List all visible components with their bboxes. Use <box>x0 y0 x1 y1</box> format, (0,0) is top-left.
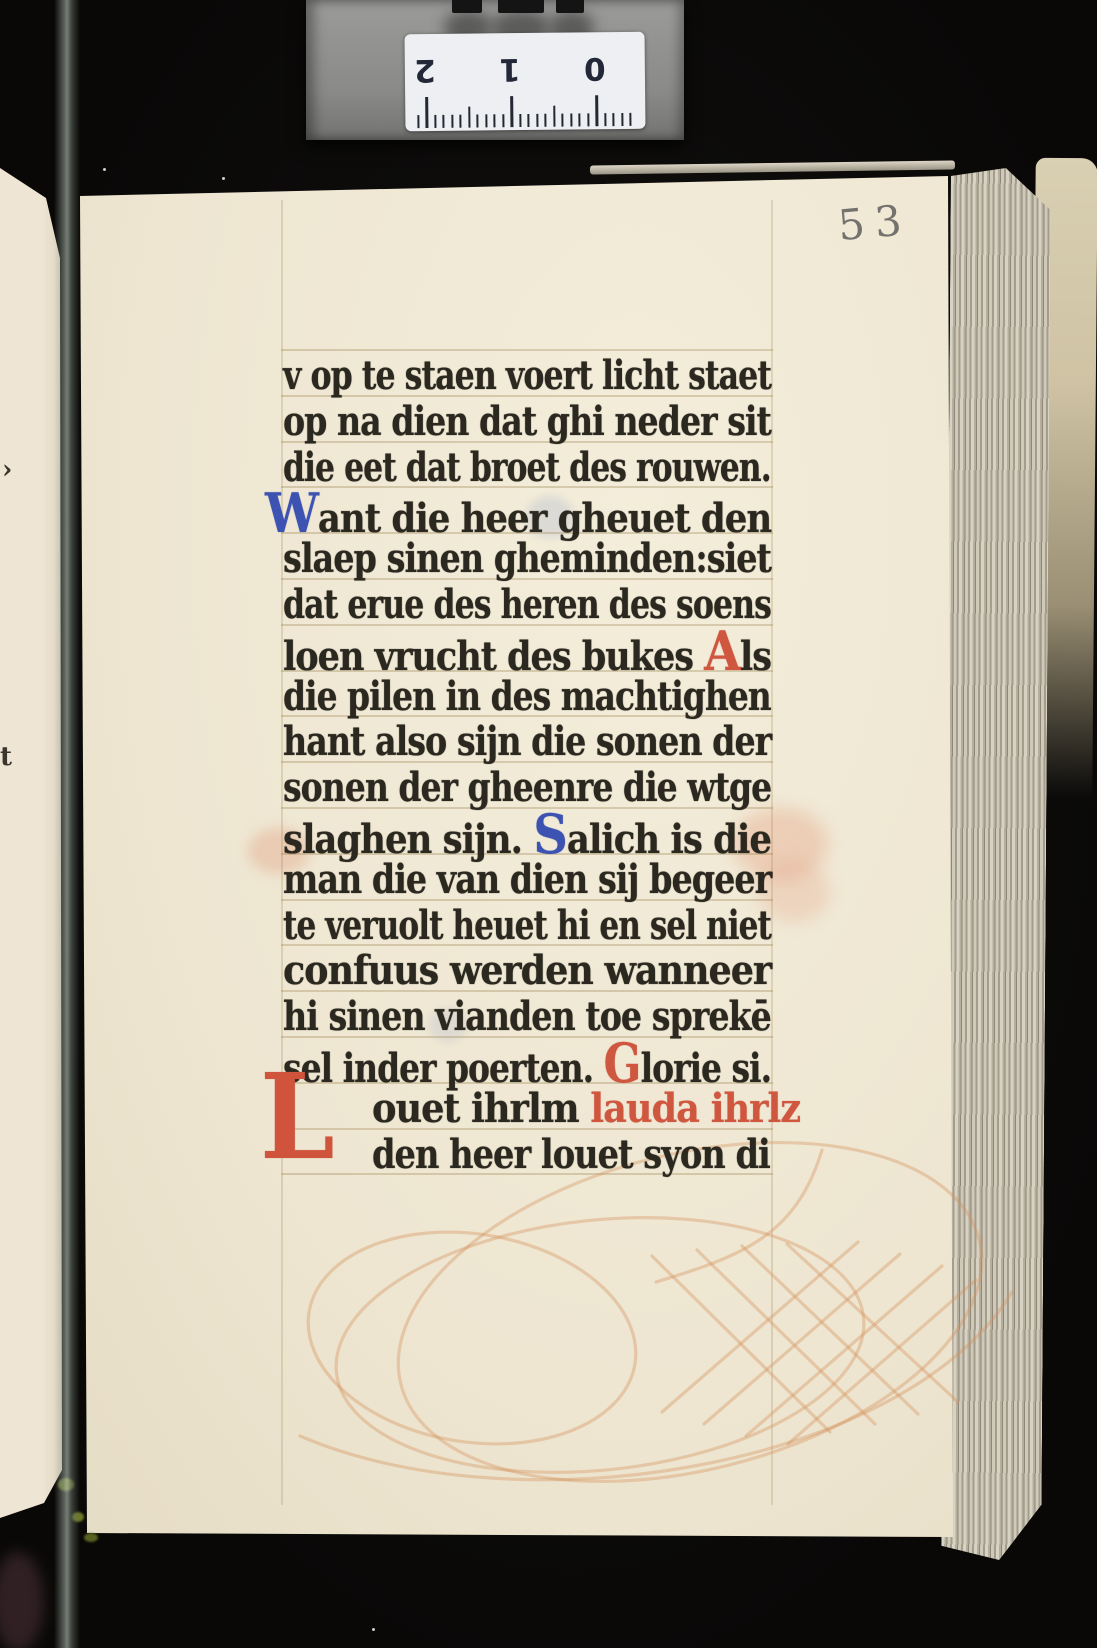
text-line: hi sinen vianden toe sprekē <box>283 993 771 1041</box>
dust-speck <box>222 177 225 180</box>
ruler-tick <box>459 115 461 128</box>
text-line: op na dien dat ghi neder sit <box>283 398 771 446</box>
text-segment: v op te staen voert licht staet <box>283 352 771 399</box>
text-segment: den heer louet syon di <box>372 1131 770 1178</box>
facing-page-ink-mark: › <box>2 455 12 485</box>
glass-plate-edge <box>54 0 80 1648</box>
ruler-tick <box>595 95 598 126</box>
scale-ruler: 2 1 0 <box>404 32 645 132</box>
text-line: Want die heer gheuet den <box>265 489 771 537</box>
ruler-tick <box>561 114 563 127</box>
ruler-tick <box>468 107 470 128</box>
text-segment: man die van dien sij begeer <box>283 856 771 903</box>
text-line: die pilen in des machtighen <box>283 673 771 721</box>
text-line: man die van dien sij begeer <box>283 856 771 904</box>
large-initial-L: L <box>260 1058 335 1176</box>
dust-speck <box>372 1628 375 1631</box>
ruler-number-0: 0 <box>580 50 610 86</box>
text-segment: ouet ihrlm <box>372 1085 590 1132</box>
text-segment: die eet dat broet des rouwen. <box>283 444 771 491</box>
text-line: ouet ihrlm lauda ihrlz <box>372 1085 800 1133</box>
text-line: sonen der gheenre die wtge <box>283 764 771 812</box>
ruler-tick <box>629 113 631 126</box>
ruler-ticks <box>404 32 644 35</box>
page-top-edges <box>590 160 955 174</box>
text-segment: dat erue des heren des soens <box>283 581 771 628</box>
ruler-tick <box>612 113 614 126</box>
text-line: loen vrucht des bukes Als <box>283 627 771 675</box>
fore-edge-page-stack <box>941 168 1051 1561</box>
ruler-tick <box>485 114 487 127</box>
text-line: slaghen sijn. Salich is die <box>283 810 771 858</box>
text-segment: sonen der gheenre die wtge <box>283 764 771 811</box>
ruler-tick <box>553 106 555 127</box>
ruler-tick <box>544 114 546 127</box>
ruler-number-2: 2 <box>410 52 440 88</box>
ruler-tick <box>519 114 521 127</box>
shadow-bottom-left <box>0 1552 44 1648</box>
text-segment: slaep sinen gheminden:siet <box>283 535 771 582</box>
green-gutter-fleck <box>84 1533 98 1542</box>
ruler-tick <box>621 113 623 126</box>
ruler-tick <box>425 97 428 128</box>
ruling-line-v <box>771 200 773 1505</box>
text-segment: hant also sijn die sonen der <box>283 718 771 765</box>
text-segment: te veruolt heuet hi en sel niet <box>283 902 771 949</box>
metal-clip <box>498 0 544 13</box>
text-line: v op te staen voert licht staet <box>283 352 771 400</box>
text-segment: confuus werden wanneer <box>283 947 771 994</box>
ruler-tick <box>587 113 589 126</box>
text-line: confuus werden wanneer <box>283 947 771 995</box>
clip-plate: 2 1 0 <box>306 0 684 140</box>
dust-speck <box>103 168 106 171</box>
text-line: slaep sinen gheminden:siet <box>283 535 771 583</box>
text-line: sel inder poerten. Glorie si. <box>283 1039 771 1087</box>
text-segment: lauda ihrlz <box>590 1085 800 1132</box>
ruler-tick <box>510 96 513 127</box>
ruler-tick <box>578 113 580 126</box>
text-line: dat erue des heren des soens <box>283 581 771 629</box>
ruler-tick <box>476 114 478 127</box>
ruler-tick <box>604 113 606 126</box>
ruling-line-h <box>281 349 773 351</box>
metal-clip <box>452 0 482 13</box>
text-segment: op na dien dat ghi neder sit <box>283 398 771 445</box>
ruler-tick <box>417 115 419 128</box>
text-line: te veruolt heuet hi en sel niet <box>283 902 771 950</box>
ruler-tick <box>570 114 572 127</box>
text-line: den heer louet syon di <box>372 1131 770 1179</box>
folio-number: 53 <box>836 195 913 250</box>
ruler-tick <box>502 114 504 127</box>
ruler-tick <box>536 114 538 127</box>
metal-clip <box>556 0 584 13</box>
ruler-number-1: 1 <box>495 51 525 87</box>
ruler-tick <box>527 114 529 127</box>
facing-page-ink-mark: t <box>0 742 12 772</box>
ruler-tick <box>434 115 436 128</box>
ruler-tick <box>442 115 444 128</box>
text-line: hant also sijn die sonen der <box>283 718 771 766</box>
ruler-tick <box>451 115 453 128</box>
text-segment: hi sinen vianden toe sprekē <box>283 993 771 1040</box>
ruler-tick <box>493 114 495 127</box>
text-segment: die pilen in des machtighen <box>283 673 771 720</box>
manuscript-photograph: › t 53 v op te staen voert licht staetop… <box>0 0 1097 1648</box>
text-line: die eet dat broet des rouwen. <box>283 444 771 492</box>
